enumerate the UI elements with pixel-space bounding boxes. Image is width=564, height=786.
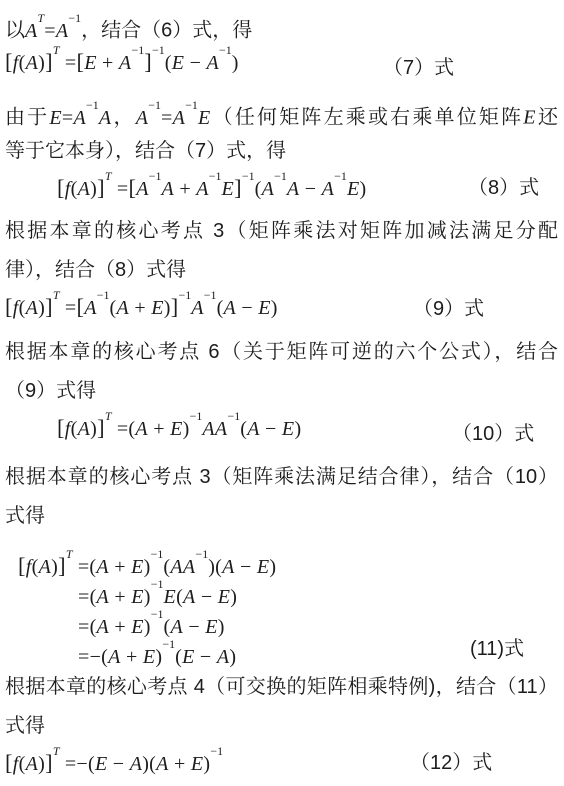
paragraph-3-line-2: 律），结合（8）式得 <box>5 251 562 290</box>
paragraph-2-line-1: 由于E=A−1A，A−1=A−1E（任何矩阵左乘或右乘单位矩阵E还 <box>5 93 562 132</box>
formula-12-row: [f(A)]T =−(E − A)(A + E)−1 （12）式 <box>5 746 562 786</box>
formula-8-label: （8）式 <box>468 177 539 199</box>
formula-10: [f(A)]T =(A + E)−1AA−1(A − E) <box>57 415 301 441</box>
paragraph-3-line-1: 根据本章的核心考点 3（矩阵乘法对矩阵加减法满足分配 <box>5 212 562 251</box>
formula-10-row: [f(A)]T =(A + E)−1AA−1(A − E) （10）式 <box>5 411 562 458</box>
paragraph-5-line-1: 根据本章的核心考点 3（矩阵乘法满足结合律），结合（10） <box>5 458 562 497</box>
paragraph-5-line-2: 式得 <box>5 497 562 536</box>
formula-12-label: （12）式 <box>410 752 492 774</box>
formula-7-label: （7）式 <box>383 57 454 79</box>
formula-8: [f(A)]T =[A−1A + A−1E]−1(A−1A − A−1E) <box>57 175 366 201</box>
formula-7: [f(A)]T =[E + A−1]−1(E − A−1) <box>5 49 239 75</box>
paragraph-4-line-1: 根据本章的核心考点 6（关于矩阵可逆的六个公式），结合 <box>5 333 562 372</box>
paragraph-2-line-2: 等于它本身），结合（7）式，得 <box>5 132 562 171</box>
formula-7-row: [f(A)]T =[E + A−1]−1(E − A−1) （7）式 <box>5 45 562 93</box>
formula-11-block: [f(A)]T =(A + E)−1(AA−1)(A − E) =(A + E)… <box>5 536 562 668</box>
paragraph-6-line-1: 根据本章的核心考点 4（可交换的矩阵相乘特例)，结合（11） <box>5 668 562 707</box>
formula-9: [f(A)]T =[A−1(A + E)]−1A−1(A − E) <box>5 294 278 320</box>
paragraph-6-line-2: 式得 <box>5 707 562 746</box>
formula-11-line-3: =(A + E)−1(A − E) <box>5 606 562 636</box>
formula-11-line-1: [f(A)]T =(A + E)−1(AA−1)(A − E) <box>5 546 562 576</box>
formula-9-row: [f(A)]T =[A−1(A + E)]−1A−1(A − E) （9）式 <box>5 290 562 333</box>
formula-10-label: （10）式 <box>452 423 534 445</box>
formula-8-row: [f(A)]T =[A−1A + A−1E]−1(A−1A − A−1E) （8… <box>5 171 562 212</box>
formula-11-line-2: =(A + E)−1E(A − E) <box>5 576 562 606</box>
formula-11-label: (11)式 <box>470 638 524 660</box>
formula-9-label: （9）式 <box>413 298 484 320</box>
paragraph-4-line-2: （9）式得 <box>5 372 562 411</box>
formula-12: [f(A)]T =−(E − A)(A + E)−1 <box>5 750 223 776</box>
document-page: 以AT=A−1，结合（6）式，得 [f(A)]T =[E + A−1]−1(E … <box>0 0 564 786</box>
paragraph-1-line-1: 以AT=A−1，结合（6）式，得 <box>5 6 562 45</box>
